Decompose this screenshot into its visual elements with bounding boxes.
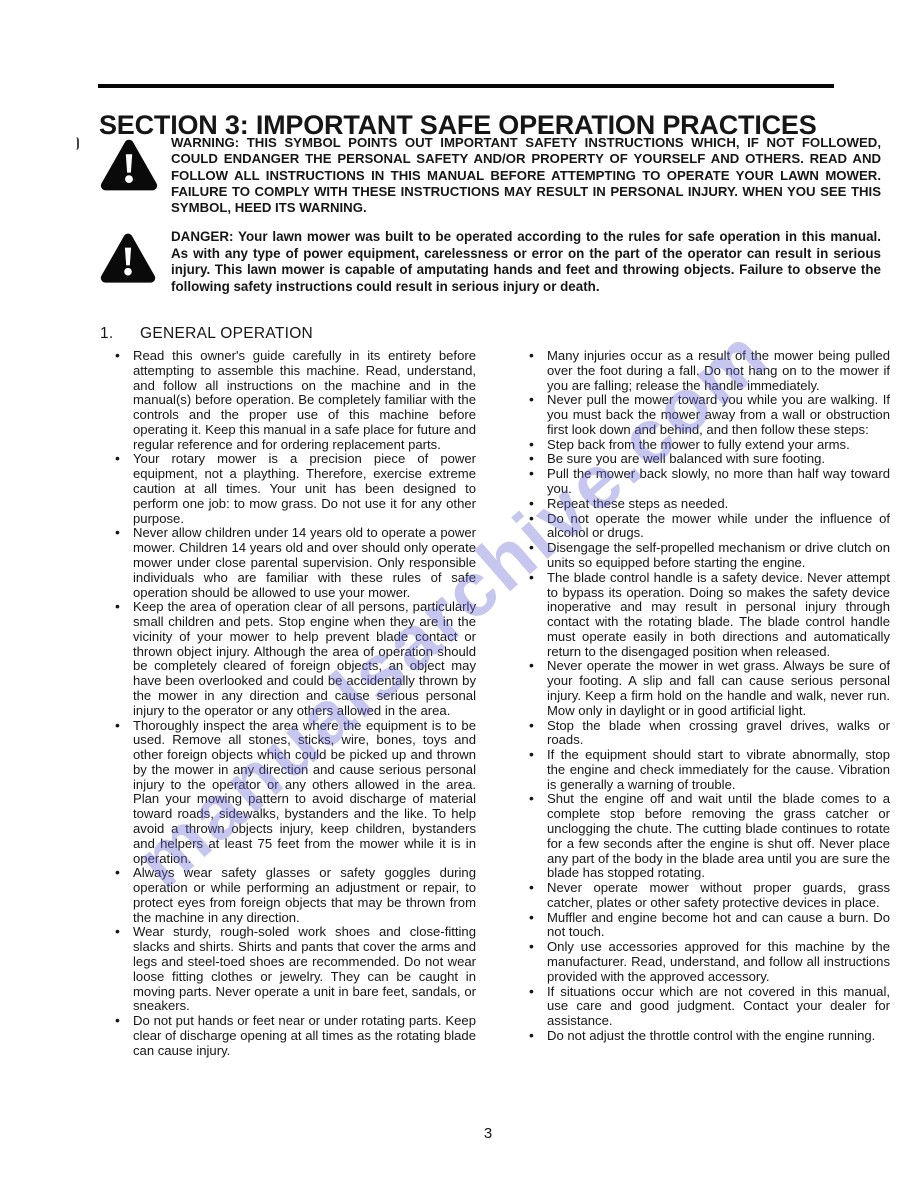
bullet-item: Muffler and engine become hot and can ca… [524,911,890,941]
bullet-item: Do not put hands or feet near or under r… [110,1014,476,1058]
bullet-item: If situations occur which are not covere… [524,985,890,1029]
bullet-item: Keep the area of operation clear of all … [110,600,476,718]
bullet-item: Be sure you are well balanced with sure … [524,452,890,467]
bullet-item: Never operate mower without proper guard… [524,881,890,911]
bullet-item: Never pull the mower toward you while yo… [524,393,890,437]
bullet-item: Do not operate the mower while under the… [524,512,890,542]
bullet-item: The blade control handle is a safety dev… [524,571,890,660]
page-number: 3 [0,1125,918,1142]
bullet-item: Do not adjust the throttle control with … [524,1029,890,1044]
danger-body: Your lawn mower was built to be operated… [171,229,881,294]
header-rule [98,84,834,88]
bullet-item: Never operate the mower in wet grass. Al… [524,659,890,718]
danger-callout: DANGER: Your lawn mower was built to be … [99,229,881,295]
bullet-item: If the equipment should start to vibrate… [524,748,890,792]
bullet-item: Stop the blade when crossing gravel driv… [524,719,890,749]
bullet-item: Only use accessories approved for this m… [524,940,890,984]
warning-body: THIS SYMBOL POINTS OUT IMPORTANT SAFETY … [171,135,881,215]
warning-triangle-icon [99,229,171,287]
danger-label: DANGER: [171,229,238,244]
warning-callout: WARNING: THIS SYMBOL POINTS OUT IMPORTAN… [99,135,881,217]
section-heading-label: GENERAL OPERATION [140,325,313,342]
section-heading: 1.GENERAL OPERATION [100,325,313,343]
bullet-item: Your rotary mower is a precision piece o… [110,452,476,526]
warning-text: WARNING: THIS SYMBOL POINTS OUT IMPORTAN… [171,135,881,217]
danger-text: DANGER: Your lawn mower was built to be … [171,229,881,295]
warning-label: WARNING: [171,135,247,150]
right-column-bullet-list: Many injuries occur as a result of the m… [524,349,890,1059]
warning-triangle-icon [99,135,171,195]
bullet-item: Pull the mower back slowly, no more than… [524,467,890,497]
section-number: 1. [100,325,140,343]
bullet-item: Wear sturdy, rough-soled work shoes and … [110,925,476,1014]
bullet-item: Never allow children under 14 years old … [110,526,476,600]
two-column-body: Read this owner's guide carefully in its… [110,349,890,1059]
scan-artifact-mark [74,137,79,150]
bullet-item: Disengage the self-propelled mechanism o… [524,541,890,571]
bullet-item: Thoroughly inspect the area where the eq… [110,719,476,867]
bullet-item: Step back from the mower to fully extend… [524,438,890,453]
bullet-item: Always wear safety glasses or safety gog… [110,866,476,925]
bullet-item: Repeat these steps as needed. [524,497,890,512]
manual-page: SECTION 3: IMPORTANT SAFE OPERATION PRAC… [0,0,918,1188]
bullet-item: Many injuries occur as a result of the m… [524,349,890,393]
left-column-bullet-list: Read this owner's guide carefully in its… [110,349,476,1059]
bullet-item: Shut the engine off and wait until the b… [524,792,890,881]
bullet-item: Read this owner's guide carefully in its… [110,349,476,452]
